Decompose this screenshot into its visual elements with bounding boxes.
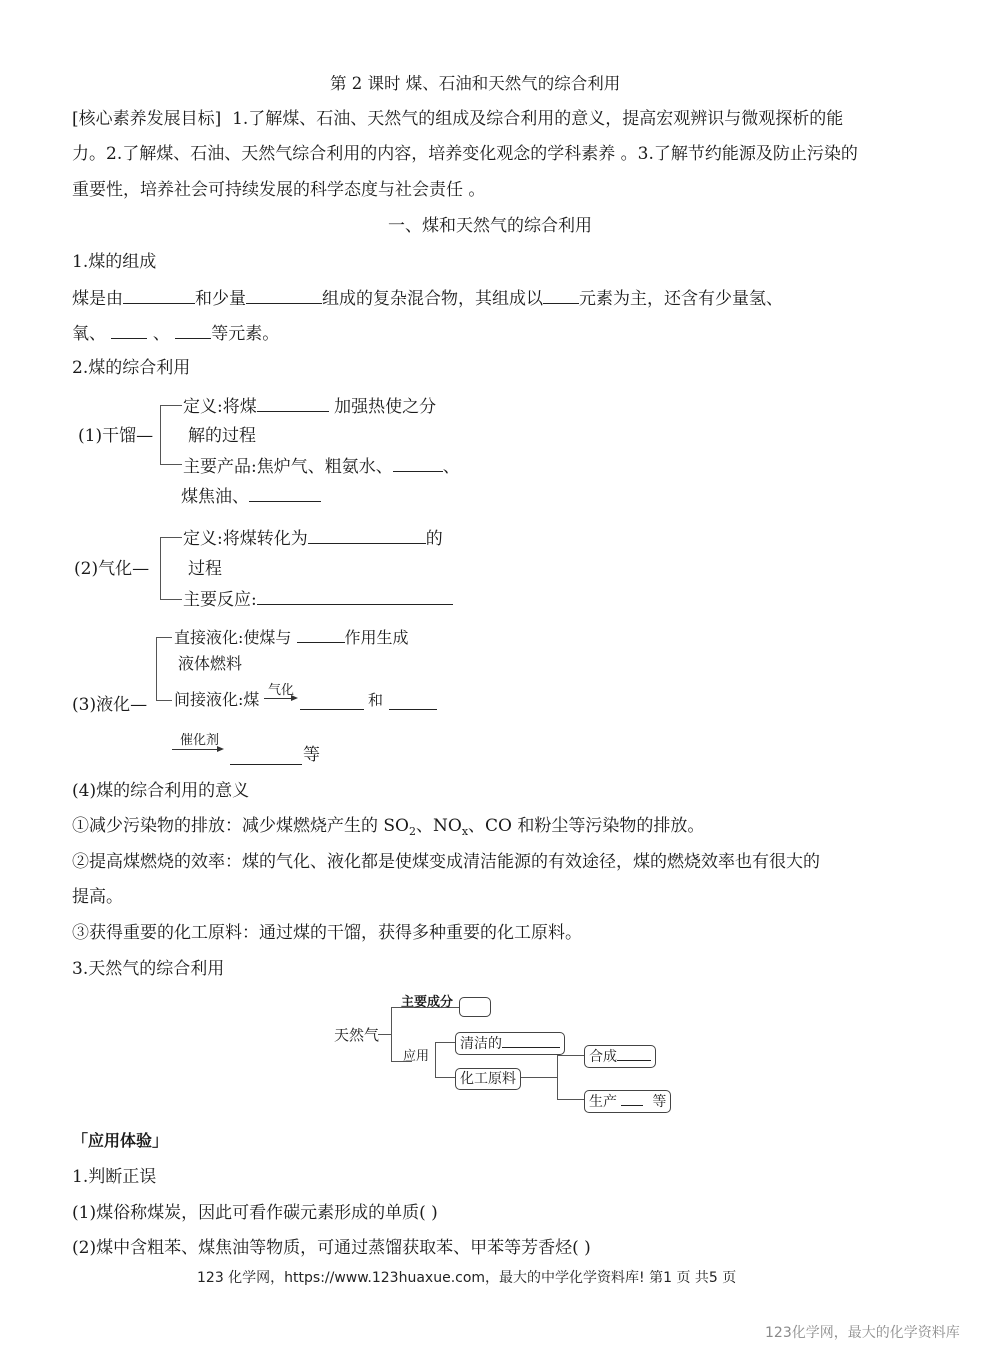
blank-input[interactable] xyxy=(230,748,302,765)
bracket xyxy=(160,405,182,406)
natural-gas-heading: 3.天然气的综合利用 xyxy=(72,958,224,980)
dry-distillation-label: (1)干馏— xyxy=(78,425,153,447)
etc-text: 等 xyxy=(303,744,320,766)
bracket xyxy=(160,537,161,599)
bracket xyxy=(156,637,157,700)
gasification-definition: 定义:将煤转化为的 xyxy=(183,527,443,550)
judge-heading: 1.判断正误 xyxy=(72,1166,156,1188)
blank-input[interactable] xyxy=(502,1034,560,1048)
dry-distillation-products: 主要产品:焦炉气、粗氨水、、 xyxy=(183,455,460,478)
significance-item-3: ③获得重要的化工原料：通过煤的干馏，获得多种重要的化工原料。 xyxy=(72,922,582,944)
application-label: 应用 xyxy=(403,1045,429,1064)
significance-item-1: ①减少污染物的排放：减少煤燃烧产生的 SO2、NOx、CO 和粉尘等污染物的排放… xyxy=(72,815,704,843)
diagram-root: 天然气 xyxy=(334,1024,379,1045)
main-component-label: 主要成分 xyxy=(401,991,453,1010)
dry-distillation-definition: 定义:将煤 加强热使之分 xyxy=(183,395,436,418)
bracket xyxy=(160,599,182,600)
question-1[interactable]: (1)煤俗称煤炭，因此可看作碳元素形成的单质( ) xyxy=(72,1202,438,1224)
blank-input[interactable] xyxy=(249,485,321,502)
main-component-box[interactable] xyxy=(459,997,491,1017)
blank-input[interactable] xyxy=(617,1047,651,1061)
indirect-liquefaction: 间接液化:煤 xyxy=(174,689,259,711)
blank-input[interactable] xyxy=(175,322,211,339)
blank-input[interactable] xyxy=(389,693,437,710)
blank-input[interactable] xyxy=(300,693,364,710)
gasification-label: (2)气化— xyxy=(74,558,149,580)
dry-distillation-definition-cont: 解的过程 xyxy=(188,425,256,447)
clean-fuel-box[interactable]: 清洁的 xyxy=(455,1032,565,1055)
watermark: 123化学网，最大的化学资料库 xyxy=(765,1322,960,1342)
significance-heading: (4)煤的综合利用的意义 xyxy=(72,780,249,802)
bracket xyxy=(156,700,172,701)
coal-utilization-heading: 2.煤的综合利用 xyxy=(72,357,190,379)
practice-heading: 「应用体验」 xyxy=(72,1130,168,1152)
bracket xyxy=(160,464,182,465)
blank-input[interactable] xyxy=(111,322,147,339)
page-footer: 123 化学网，https://www.123huaxue.com，最大的中学化… xyxy=(197,1267,736,1287)
dry-distillation-products-cont: 煤焦油、 xyxy=(181,485,321,508)
blank-input[interactable] xyxy=(621,1092,643,1106)
blank-input[interactable] xyxy=(257,588,453,605)
blank-input[interactable] xyxy=(257,395,329,412)
bracket xyxy=(156,637,172,638)
goals-line-2: 力。2.了解煤、石油、天然气综合利用的内容，培养变化观念的学科素养 。3.了解节… xyxy=(72,143,858,165)
arrow-label-catalyst: 催化剂 xyxy=(180,729,219,748)
coal-composition-line-2: 氧、 、 等元素。 xyxy=(72,322,279,345)
section-title: 一、煤和天然气的综合利用 xyxy=(388,215,592,237)
synthesis-box[interactable]: 合成 xyxy=(584,1045,656,1068)
bracket xyxy=(160,405,161,464)
blank-input[interactable] xyxy=(246,287,322,304)
page-title: 第 2 课时 煤、石油和天然气的综合利用 xyxy=(330,73,620,95)
blank-input[interactable] xyxy=(297,626,345,643)
gasification-definition-cont: 过程 xyxy=(188,558,222,580)
coal-composition-heading: 1.煤的组成 xyxy=(72,251,156,273)
coal-composition-line-1: 煤是由和少量组成的复杂混合物，其组成以元素为主，还含有少量氢、 xyxy=(72,287,783,310)
blank-input[interactable] xyxy=(393,455,443,472)
goals-line-3: 重要性，培养社会可持续发展的科学态度与社会责任 。 xyxy=(72,179,485,201)
gasification-reaction: 主要反应: xyxy=(183,588,453,611)
direct-liquefaction-cont: 液体燃料 xyxy=(178,653,242,675)
arrow-icon xyxy=(172,749,222,750)
and-text: 和 xyxy=(368,689,383,711)
blank-input[interactable] xyxy=(543,287,579,304)
significance-item-2: ②提高煤燃烧的效率：煤的气化、液化都是使煤变成清洁能源的有效途径，煤的燃烧效率也… xyxy=(72,851,820,873)
question-2[interactable]: (2)煤中含粗苯、煤焦油等物质，可通过蒸馏获取苯、甲苯等芳香烃( ) xyxy=(72,1237,591,1259)
goals-label: [核心素养发展目标] xyxy=(72,109,221,129)
goals-line-1: [核心素养发展目标] 1.了解煤、石油、天然气的组成及综合利用的意义，提高宏观辨… xyxy=(72,108,843,130)
bracket xyxy=(160,537,182,538)
production-box[interactable]: 生产 等 xyxy=(584,1090,671,1113)
significance-item-2-cont: 提高。 xyxy=(72,886,123,908)
blank-input[interactable] xyxy=(308,527,426,544)
liquefaction-label: (3)液化— xyxy=(72,694,147,716)
direct-liquefaction: 直接液化:使煤与 作用生成 xyxy=(174,626,409,649)
blank-input[interactable] xyxy=(123,287,195,304)
chem-raw-box: 化工原料 xyxy=(455,1068,521,1090)
arrow-icon xyxy=(264,698,296,699)
